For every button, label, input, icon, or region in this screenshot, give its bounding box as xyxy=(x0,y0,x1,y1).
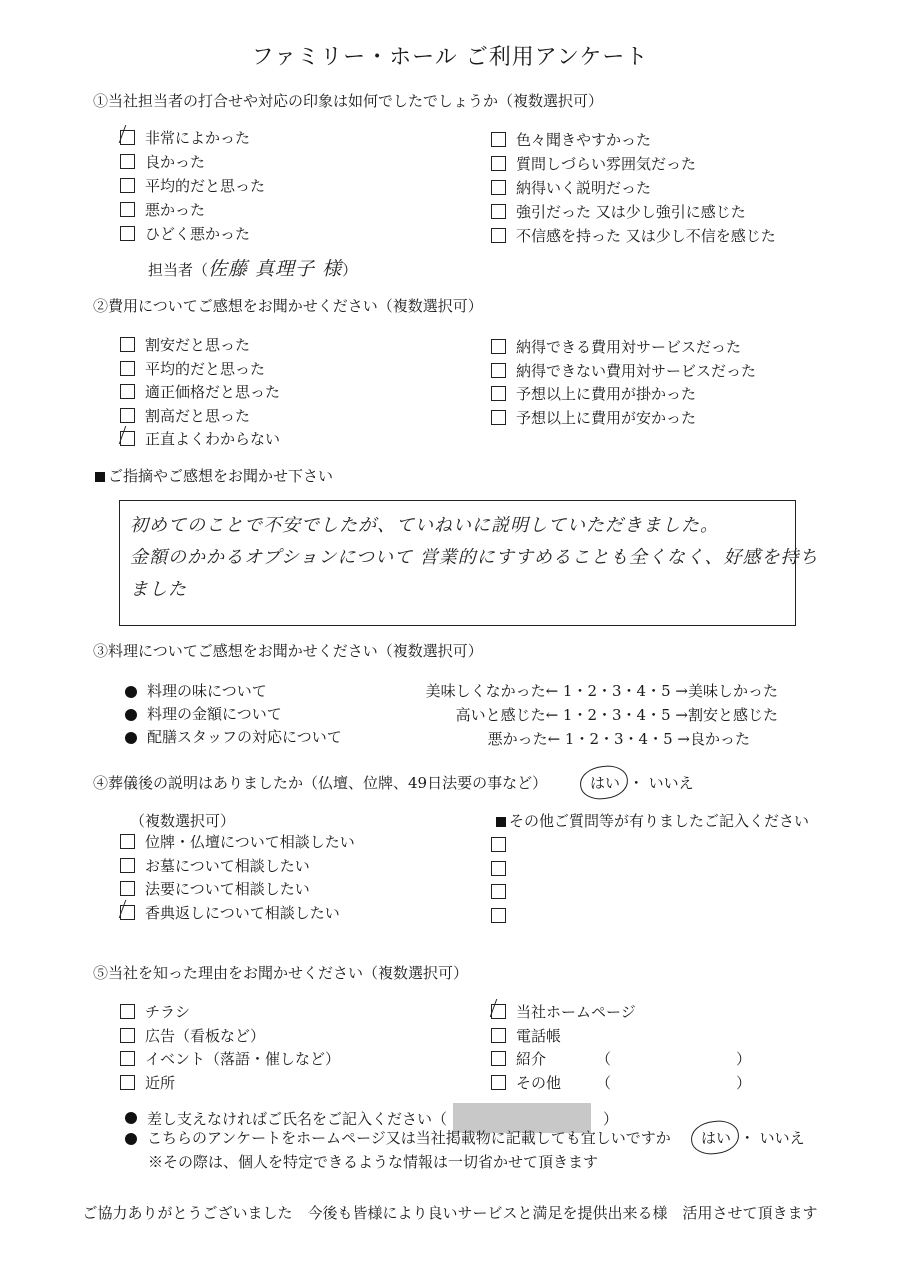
q5-option-advertisement[interactable]: 広告（看板など） xyxy=(120,1024,340,1048)
comments-heading-text: ご指摘やご感想をお聞かせ下さい xyxy=(108,467,333,485)
checkbox[interactable] xyxy=(491,884,506,899)
q1-option-hard-to-ask[interactable]: 質問しづらい雰囲気だった xyxy=(491,151,776,175)
option-label: ひどく悪かった xyxy=(145,223,250,244)
checkbox[interactable] xyxy=(120,337,135,352)
option-label: 強引だった 又は少し強引に感じた xyxy=(516,201,746,222)
checkbox[interactable] xyxy=(120,154,135,169)
option-label: 割高だと思った xyxy=(145,405,250,426)
publish-label: こちらのアンケートをホームページ又は当社掲載物に記載しても宜しいですか xyxy=(147,1129,671,1147)
q2-option-cheap[interactable]: 割安だと思った xyxy=(120,333,280,357)
q3-scale-price[interactable]: 高いと感じた← 1・2・3・4・5 →割安と感じた xyxy=(360,704,778,725)
separator: ・ xyxy=(629,774,644,792)
staff-label: 担当者（ xyxy=(148,259,208,280)
option-label: 近所 xyxy=(145,1072,175,1093)
paren-open: （ xyxy=(596,1072,611,1093)
q2-option-less-than-expected[interactable]: 予想以上に費用が安かった xyxy=(491,406,756,430)
option-label: 悪かった xyxy=(145,199,205,220)
q2-left-options: 割安だと思った 平均的だと思った 適正価格だと思った 割高だと思った 正直よくわ… xyxy=(120,333,280,451)
q1-staff-row: 担当者（ 佐藤 真理子 様 ） xyxy=(148,254,357,281)
q2-option-average[interactable]: 平均的だと思った xyxy=(120,357,280,381)
scale-high-label: →美味しかった xyxy=(675,682,778,700)
option-label: 良かった xyxy=(145,151,205,172)
publish-yes-option-selected[interactable]: はい xyxy=(697,1127,735,1148)
checkbox[interactable] xyxy=(491,861,506,876)
option-label: 当社ホームページ xyxy=(516,1001,636,1022)
scale-low-label: 悪かった← xyxy=(488,730,561,748)
staff-name-field[interactable]: 佐藤 真理子 様 xyxy=(208,254,342,281)
checkbox[interactable] xyxy=(120,858,135,873)
option-label: その他 xyxy=(516,1072,561,1093)
option-label: 平均的だと思った xyxy=(145,358,265,379)
q3-scale-staff[interactable]: 悪かった← 1・2・3・4・5 →良かった xyxy=(360,728,750,749)
q5-option-referral[interactable]: 紹介 （ ） xyxy=(491,1047,751,1071)
q2-option-good-value[interactable]: 納得できる費用対サービスだった xyxy=(491,335,756,359)
q5-right-options: 当社ホームページ 電話帳 紹介 （ ） その他 （ ） xyxy=(491,1000,751,1094)
q2-option-more-than-expected[interactable]: 予想以上に費用が掛かった xyxy=(491,382,756,406)
q4-answer: はい ・ いいえ xyxy=(586,772,694,793)
publish-row: こちらのアンケートをホームページ又は当社掲載物に記載しても宜しいですか xyxy=(125,1127,671,1148)
item-label: 料理の味について xyxy=(147,682,267,700)
checkbox[interactable] xyxy=(491,386,506,401)
scale-values[interactable]: 1・2・3・4・5 xyxy=(563,706,671,724)
q5-option-event[interactable]: イベント（落語・催しなど） xyxy=(120,1047,340,1071)
q1-option-bad[interactable]: 悪かった xyxy=(120,197,265,221)
option-label: 色々聞きやすかった xyxy=(516,129,651,150)
form-title: ファミリー・ホール ご利用アンケート xyxy=(0,40,900,71)
item-label: 配膳スタッフの対応について xyxy=(147,728,342,746)
q1-left-options: 非常によかった 良かった 平均的だと思った 悪かった ひどく悪かった xyxy=(120,125,265,245)
q3-item-price: 料理の金額について xyxy=(125,703,282,724)
bullet-icon xyxy=(125,1133,137,1145)
q1-option-very-good[interactable]: 非常によかった xyxy=(120,125,265,149)
q1-option-average[interactable]: 平均的だと思った xyxy=(120,173,265,197)
checkbox[interactable] xyxy=(491,132,506,147)
option-label: 予想以上に費用が掛かった xyxy=(516,383,696,404)
q2-option-not-sure[interactable]: 正直よくわからない xyxy=(120,427,280,451)
scale-low-label: 美味しくなかった← xyxy=(426,682,559,700)
option-label: 納得いく説明だった xyxy=(516,177,651,198)
publish-answer: はい ・ いいえ xyxy=(697,1127,805,1148)
comment-line-3: ました xyxy=(130,575,187,601)
scale-high-label: →良かった xyxy=(677,730,750,748)
option-label: 香典返しについて相談したい xyxy=(145,902,340,923)
bullet-icon xyxy=(125,709,137,721)
q5-option-homepage[interactable]: 当社ホームページ xyxy=(491,1000,751,1024)
q5-left-options: チラシ 広告（看板など） イベント（落語・催しなど） 近所 xyxy=(120,1000,340,1094)
checkbox[interactable] xyxy=(491,1075,506,1090)
paren-close: ） xyxy=(603,1108,618,1129)
q5-option-neighborhood[interactable]: 近所 xyxy=(120,1071,340,1095)
other-checkbox-row[interactable] xyxy=(491,880,516,904)
checkbox[interactable] xyxy=(491,180,506,195)
checkbox[interactable] xyxy=(120,202,135,217)
footer-message: ご協力ありがとうございました 今後も皆様により良いサービスと満足を提供出来る様 … xyxy=(0,1202,900,1223)
q5-option-other[interactable]: その他 （ ） xyxy=(491,1071,751,1095)
checkbox[interactable] xyxy=(491,339,506,354)
option-label: 予想以上に費用が安かった xyxy=(516,407,696,428)
checkbox[interactable] xyxy=(491,1028,506,1043)
q5-question: ⑤当社を知った理由をお聞かせください（複数選択可） xyxy=(93,962,468,983)
q1-right-options: 色々聞きやすかった 質問しづらい雰囲気だった 納得いく説明だった 強引だった 又… xyxy=(491,127,776,247)
q4-option-return-gifts[interactable]: 香典返しについて相談したい xyxy=(120,901,355,925)
q1-question: ①当社担当者の打合せや対応の印象は如何でしたでしょうか（複数選択可） xyxy=(93,90,603,111)
paren-close: ） xyxy=(736,1072,751,1093)
q4-left-options: 位牌・仏壇について相談したい お墓について相談したい 法要について相談したい 香… xyxy=(120,830,355,924)
option-label: イベント（落語・催しなど） xyxy=(145,1048,340,1069)
option-label: 不信感を持った 又は少し不信を感じた xyxy=(516,225,776,246)
checkbox[interactable] xyxy=(120,178,135,193)
option-label: 納得できない費用対サービスだった xyxy=(516,360,756,381)
q2-right-options: 納得できる費用対サービスだった 納得できない費用対サービスだった 予想以上に費用… xyxy=(491,335,756,429)
option-label: 非常によかった xyxy=(145,127,250,148)
checkbox[interactable] xyxy=(120,226,135,241)
q4-option-memorial-service[interactable]: 法要について相談したい xyxy=(120,877,355,901)
q4-other-boxes xyxy=(491,833,516,927)
scale-high-label: →割安と感じた xyxy=(675,706,778,724)
q3-item-taste: 料理の味について xyxy=(125,680,267,701)
q4-option-ihai-butsudan[interactable]: 位牌・仏壇について相談したい xyxy=(120,830,355,854)
q2-question: ②費用についてご感想をお聞かせください（複数選択可） xyxy=(93,295,483,316)
bullet-icon xyxy=(125,732,137,744)
scale-low-label: 高いと感じた← xyxy=(456,706,559,724)
q4-multi-note: （複数選択可） xyxy=(130,810,235,831)
option-label: 紹介 xyxy=(516,1048,546,1069)
checkbox[interactable] xyxy=(491,363,506,378)
checkbox-checked[interactable] xyxy=(120,130,135,145)
square-bullet-icon xyxy=(95,472,105,482)
option-label: 広告（看板など） xyxy=(145,1025,265,1046)
option-label: 法要について相談したい xyxy=(145,878,310,899)
checkbox[interactable] xyxy=(120,1051,135,1066)
paren-close: ） xyxy=(736,1048,751,1069)
paren-open: （ xyxy=(596,1048,611,1069)
other-checkbox-row[interactable] xyxy=(491,904,516,928)
q3-scale-taste[interactable]: 美味しくなかった← 1・2・3・4・5 →美味しかった xyxy=(360,680,778,701)
checkbox[interactable] xyxy=(491,908,506,923)
checkbox[interactable] xyxy=(120,1004,135,1019)
q1-option-good[interactable]: 良かった xyxy=(120,149,265,173)
q4-other-heading: その他ご質問等が有りましたご記入ください xyxy=(496,810,809,831)
q4-option-grave[interactable]: お墓について相談したい xyxy=(120,854,355,878)
other-checkbox-row[interactable] xyxy=(491,857,516,881)
checkbox[interactable] xyxy=(120,834,135,849)
option-label: 平均的だと思った xyxy=(145,175,265,196)
publish-no-option[interactable]: いいえ xyxy=(760,1129,805,1147)
checkbox-checked[interactable] xyxy=(120,905,135,920)
q4-yes-option-selected[interactable]: はい xyxy=(586,772,624,793)
q2-option-expensive[interactable]: 割高だと思った xyxy=(120,404,280,428)
scale-values[interactable]: 1・2・3・4・5 xyxy=(563,682,671,700)
q1-option-pushy[interactable]: 強引だった 又は少し強引に感じた xyxy=(491,199,776,223)
option-label: 納得できる費用対サービスだった xyxy=(516,336,741,357)
checkbox-checked[interactable] xyxy=(120,431,135,446)
q5-option-phonebook[interactable]: 電話帳 xyxy=(491,1024,751,1048)
square-bullet-icon xyxy=(496,817,506,827)
option-label: 正直よくわからない xyxy=(145,428,280,449)
q4-question: ④葬儀後の説明はありましたか（仏壇、位牌、49日法要の事など） xyxy=(93,772,547,793)
option-label: チラシ xyxy=(145,1001,190,1022)
checkbox[interactable] xyxy=(120,408,135,423)
bullet-icon xyxy=(125,1112,137,1124)
checkbox[interactable] xyxy=(491,837,506,852)
bullet-icon xyxy=(125,686,137,698)
option-label: 位牌・仏壇について相談したい xyxy=(145,831,355,852)
q2-option-fair[interactable]: 適正価格だと思った xyxy=(120,380,280,404)
staff-close-paren: ） xyxy=(342,259,357,280)
option-label: 割安だと思った xyxy=(145,334,250,355)
checkbox-checked[interactable] xyxy=(491,1004,506,1019)
q3-question: ③料理についてご感想をお聞かせください（複数選択可） xyxy=(93,640,483,661)
checkbox[interactable] xyxy=(491,1051,506,1066)
checkbox[interactable] xyxy=(491,228,506,243)
comments-heading: ご指摘やご感想をお聞かせ下さい xyxy=(95,465,333,486)
option-label: 適正価格だと思った xyxy=(145,381,280,402)
comments-textarea[interactable]: 初めてのことで不安でしたが、ていねいに説明していただきました。 金額のかかるオプ… xyxy=(119,500,796,626)
q3-item-staff: 配膳スタッフの対応について xyxy=(125,726,342,747)
scale-values[interactable]: 1・2・3・4・5 xyxy=(565,730,673,748)
q1-option-distrust[interactable]: 不信感を持った 又は少し不信を感じた xyxy=(491,223,776,247)
checkbox[interactable] xyxy=(120,1075,135,1090)
other-heading-text: その他ご質問等が有りましたご記入ください xyxy=(509,812,809,830)
name-request-label: 差し支えなければご氏名をご記入ください（ xyxy=(147,1108,447,1129)
other-checkbox-row[interactable] xyxy=(491,833,516,857)
separator: ・ xyxy=(740,1129,755,1147)
q5-option-flyer[interactable]: チラシ xyxy=(120,1000,340,1024)
q1-option-easy-to-ask[interactable]: 色々聞きやすかった xyxy=(491,127,776,151)
item-label: 料理の金額について xyxy=(147,705,282,723)
publish-note: ※その際は、個人を特定できるような情報は一切省かせて頂きます xyxy=(148,1151,598,1172)
checkbox[interactable] xyxy=(120,1028,135,1043)
comment-line-1: 初めてのことで不安でしたが、ていねいに説明していただきました。 xyxy=(130,511,719,537)
q1-option-very-bad[interactable]: ひどく悪かった xyxy=(120,221,265,245)
comment-line-2: 金額のかかるオプションについて 営業的にすすめることも全くなく、好感を持ち xyxy=(130,543,819,569)
checkbox[interactable] xyxy=(120,881,135,896)
checkbox[interactable] xyxy=(491,410,506,425)
option-label: 電話帳 xyxy=(516,1025,561,1046)
q2-option-poor-value[interactable]: 納得できない費用対サービスだった xyxy=(491,359,756,383)
checkbox[interactable] xyxy=(120,384,135,399)
option-label: 質問しづらい雰囲気だった xyxy=(516,153,696,174)
checkbox[interactable] xyxy=(120,361,135,376)
checkbox[interactable] xyxy=(491,204,506,219)
option-label: お墓について相談したい xyxy=(145,855,310,876)
checkbox[interactable] xyxy=(491,156,506,171)
q4-no-option[interactable]: いいえ xyxy=(649,774,694,792)
q1-option-convincing[interactable]: 納得いく説明だった xyxy=(491,175,776,199)
